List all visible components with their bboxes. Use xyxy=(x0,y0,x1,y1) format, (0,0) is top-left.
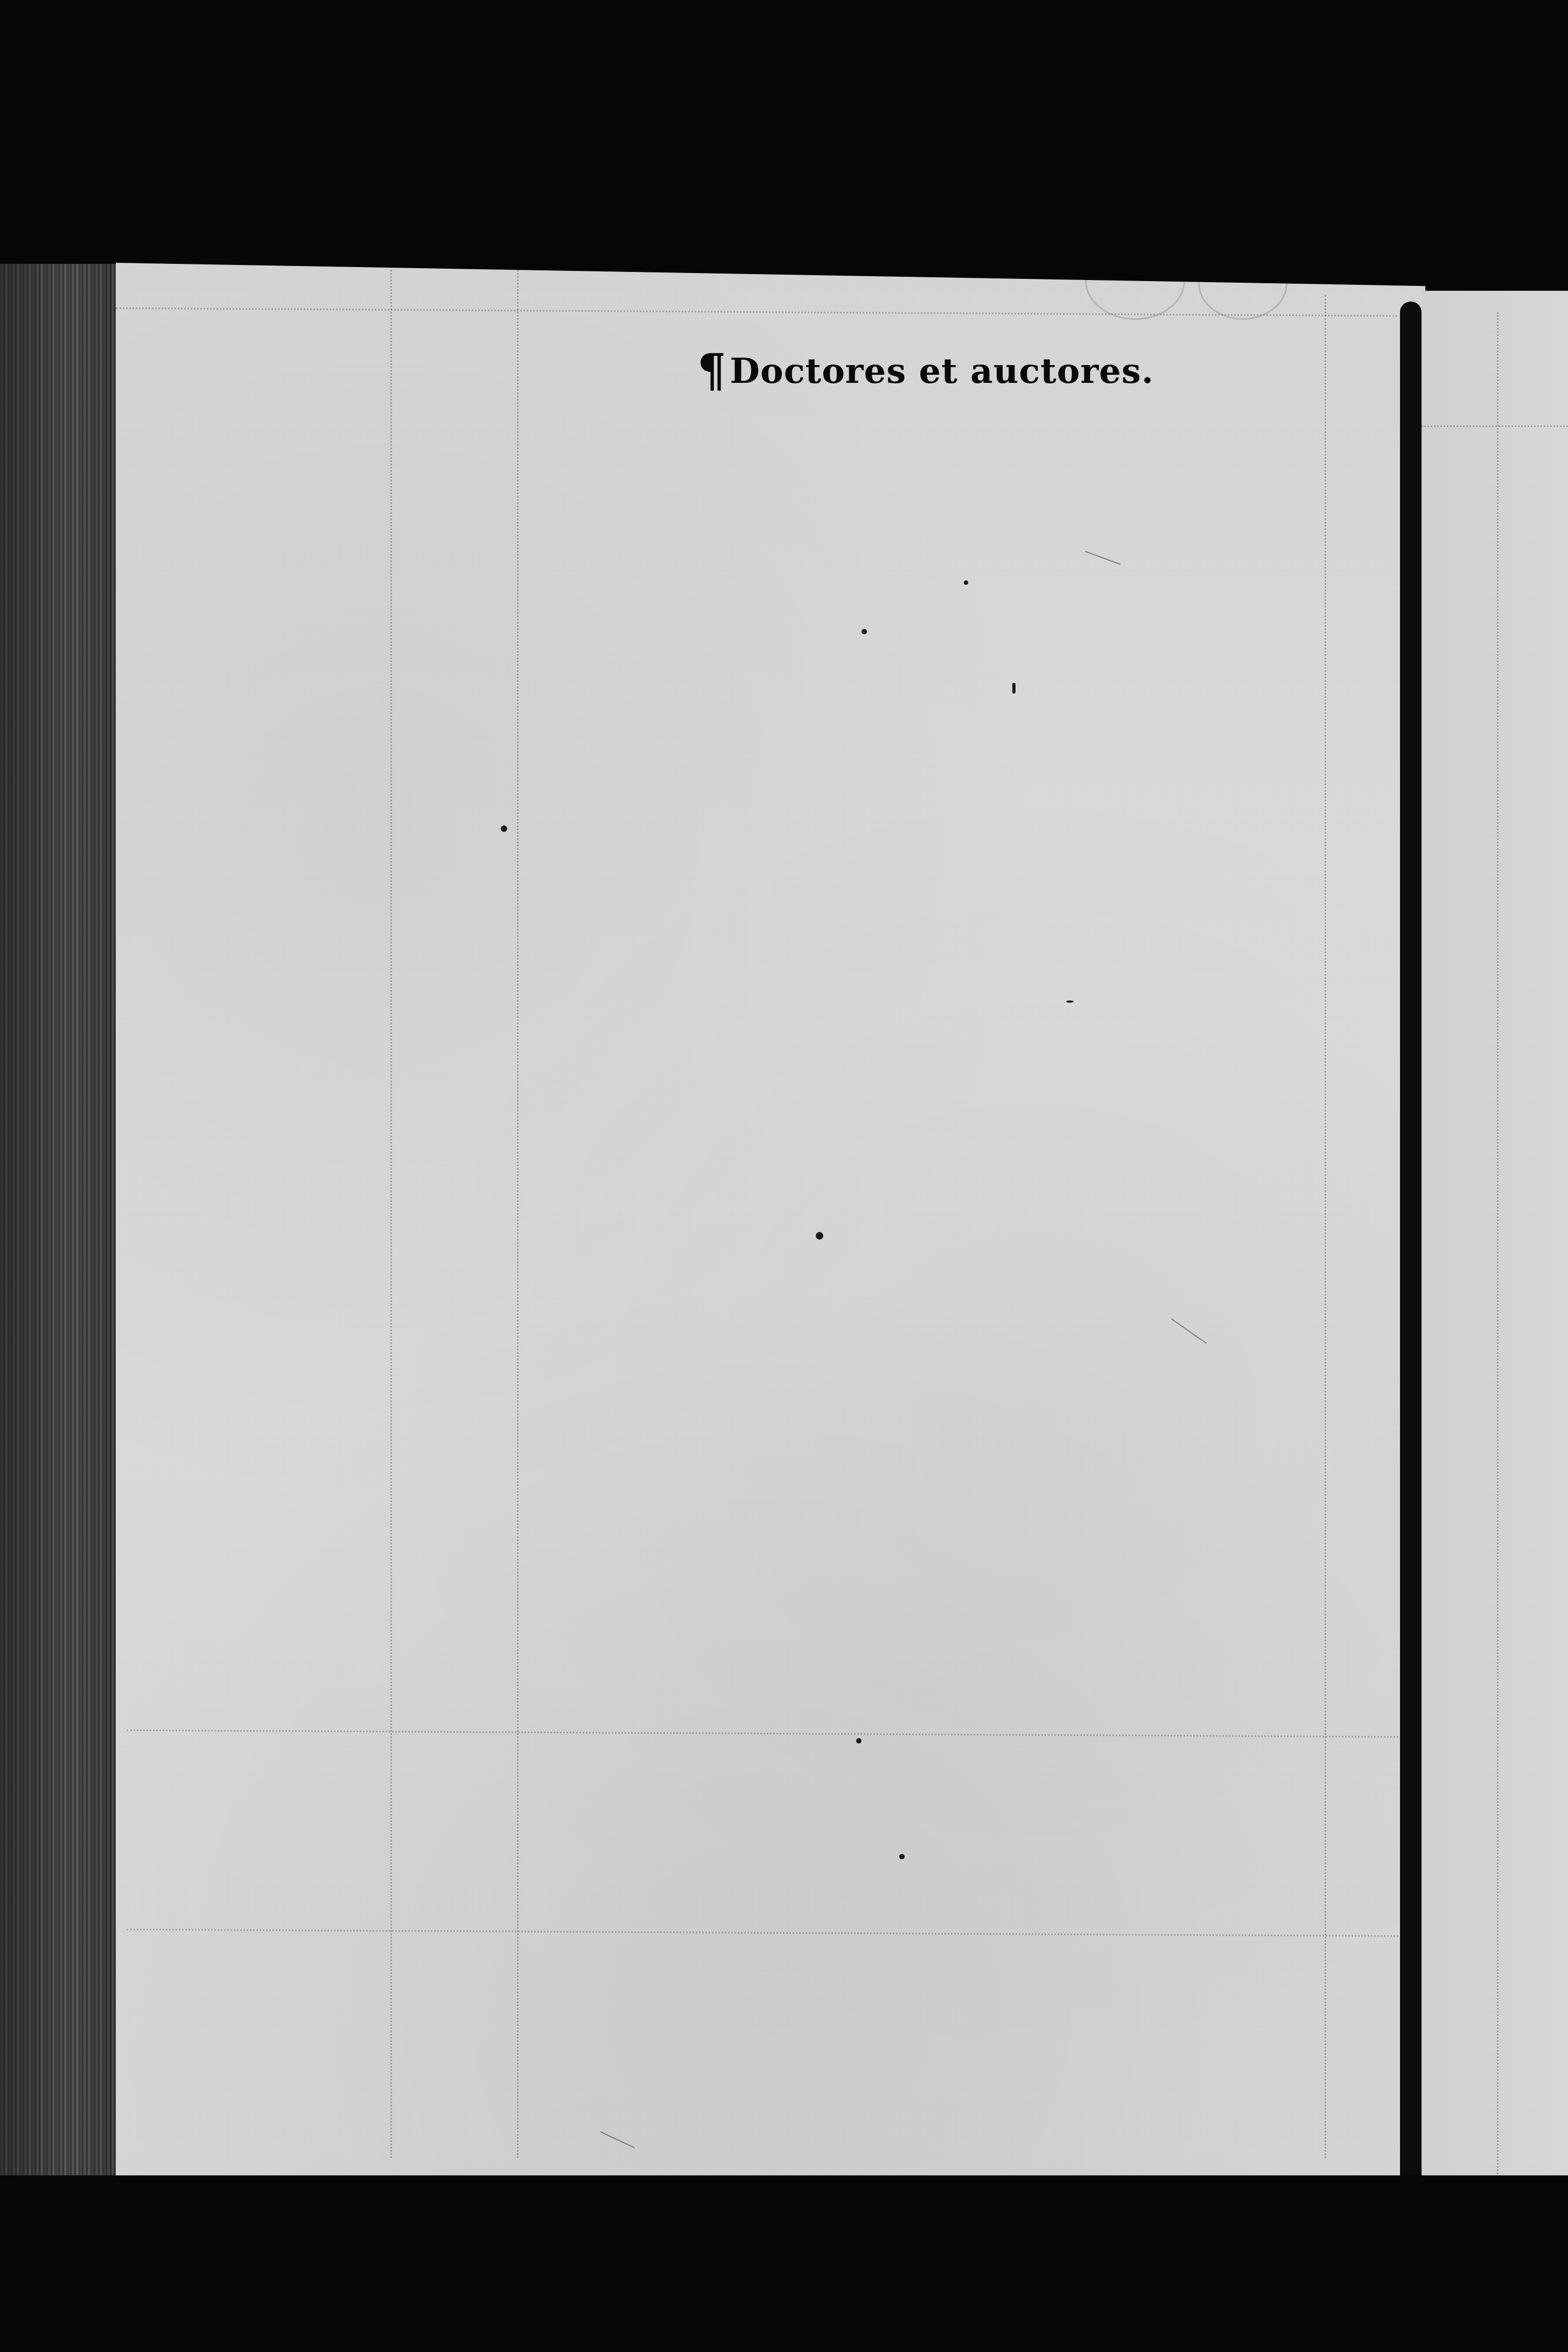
running-head: ¶Doctores et auctores. xyxy=(697,344,1154,397)
ruling-line-recto-top xyxy=(1422,425,1568,427)
bottom-dark-margin xyxy=(0,2175,1568,2352)
ruling-line-left-inner xyxy=(517,263,519,2158)
ruling-line-right xyxy=(1325,295,1326,2158)
ink-speck xyxy=(899,1854,905,1859)
paper-texture xyxy=(116,263,1425,2201)
verso-page: ¶Doctores et auctores. xyxy=(116,263,1425,2201)
top-dark-margin xyxy=(0,0,1568,264)
book-fore-edge-leaves xyxy=(0,264,121,2186)
ink-speck xyxy=(1012,683,1016,694)
recto-page-edge xyxy=(1422,291,1568,2229)
ruling-line-recto xyxy=(1497,312,1499,2197)
ink-speck xyxy=(964,580,968,585)
ink-speck xyxy=(1066,1000,1074,1003)
ink-speck xyxy=(862,629,867,634)
ink-speck xyxy=(501,825,507,832)
ink-speck xyxy=(816,1232,823,1240)
pilcrow-mark: ¶ xyxy=(697,344,726,397)
ink-speck xyxy=(856,1738,862,1744)
microfilm-frame: ¶Doctores et auctores. xyxy=(0,0,1568,2352)
ruling-line-left-outer xyxy=(390,263,392,2158)
running-head-text: Doctores et auctores. xyxy=(730,351,1154,391)
book-gutter-shadow xyxy=(1400,302,1422,2218)
